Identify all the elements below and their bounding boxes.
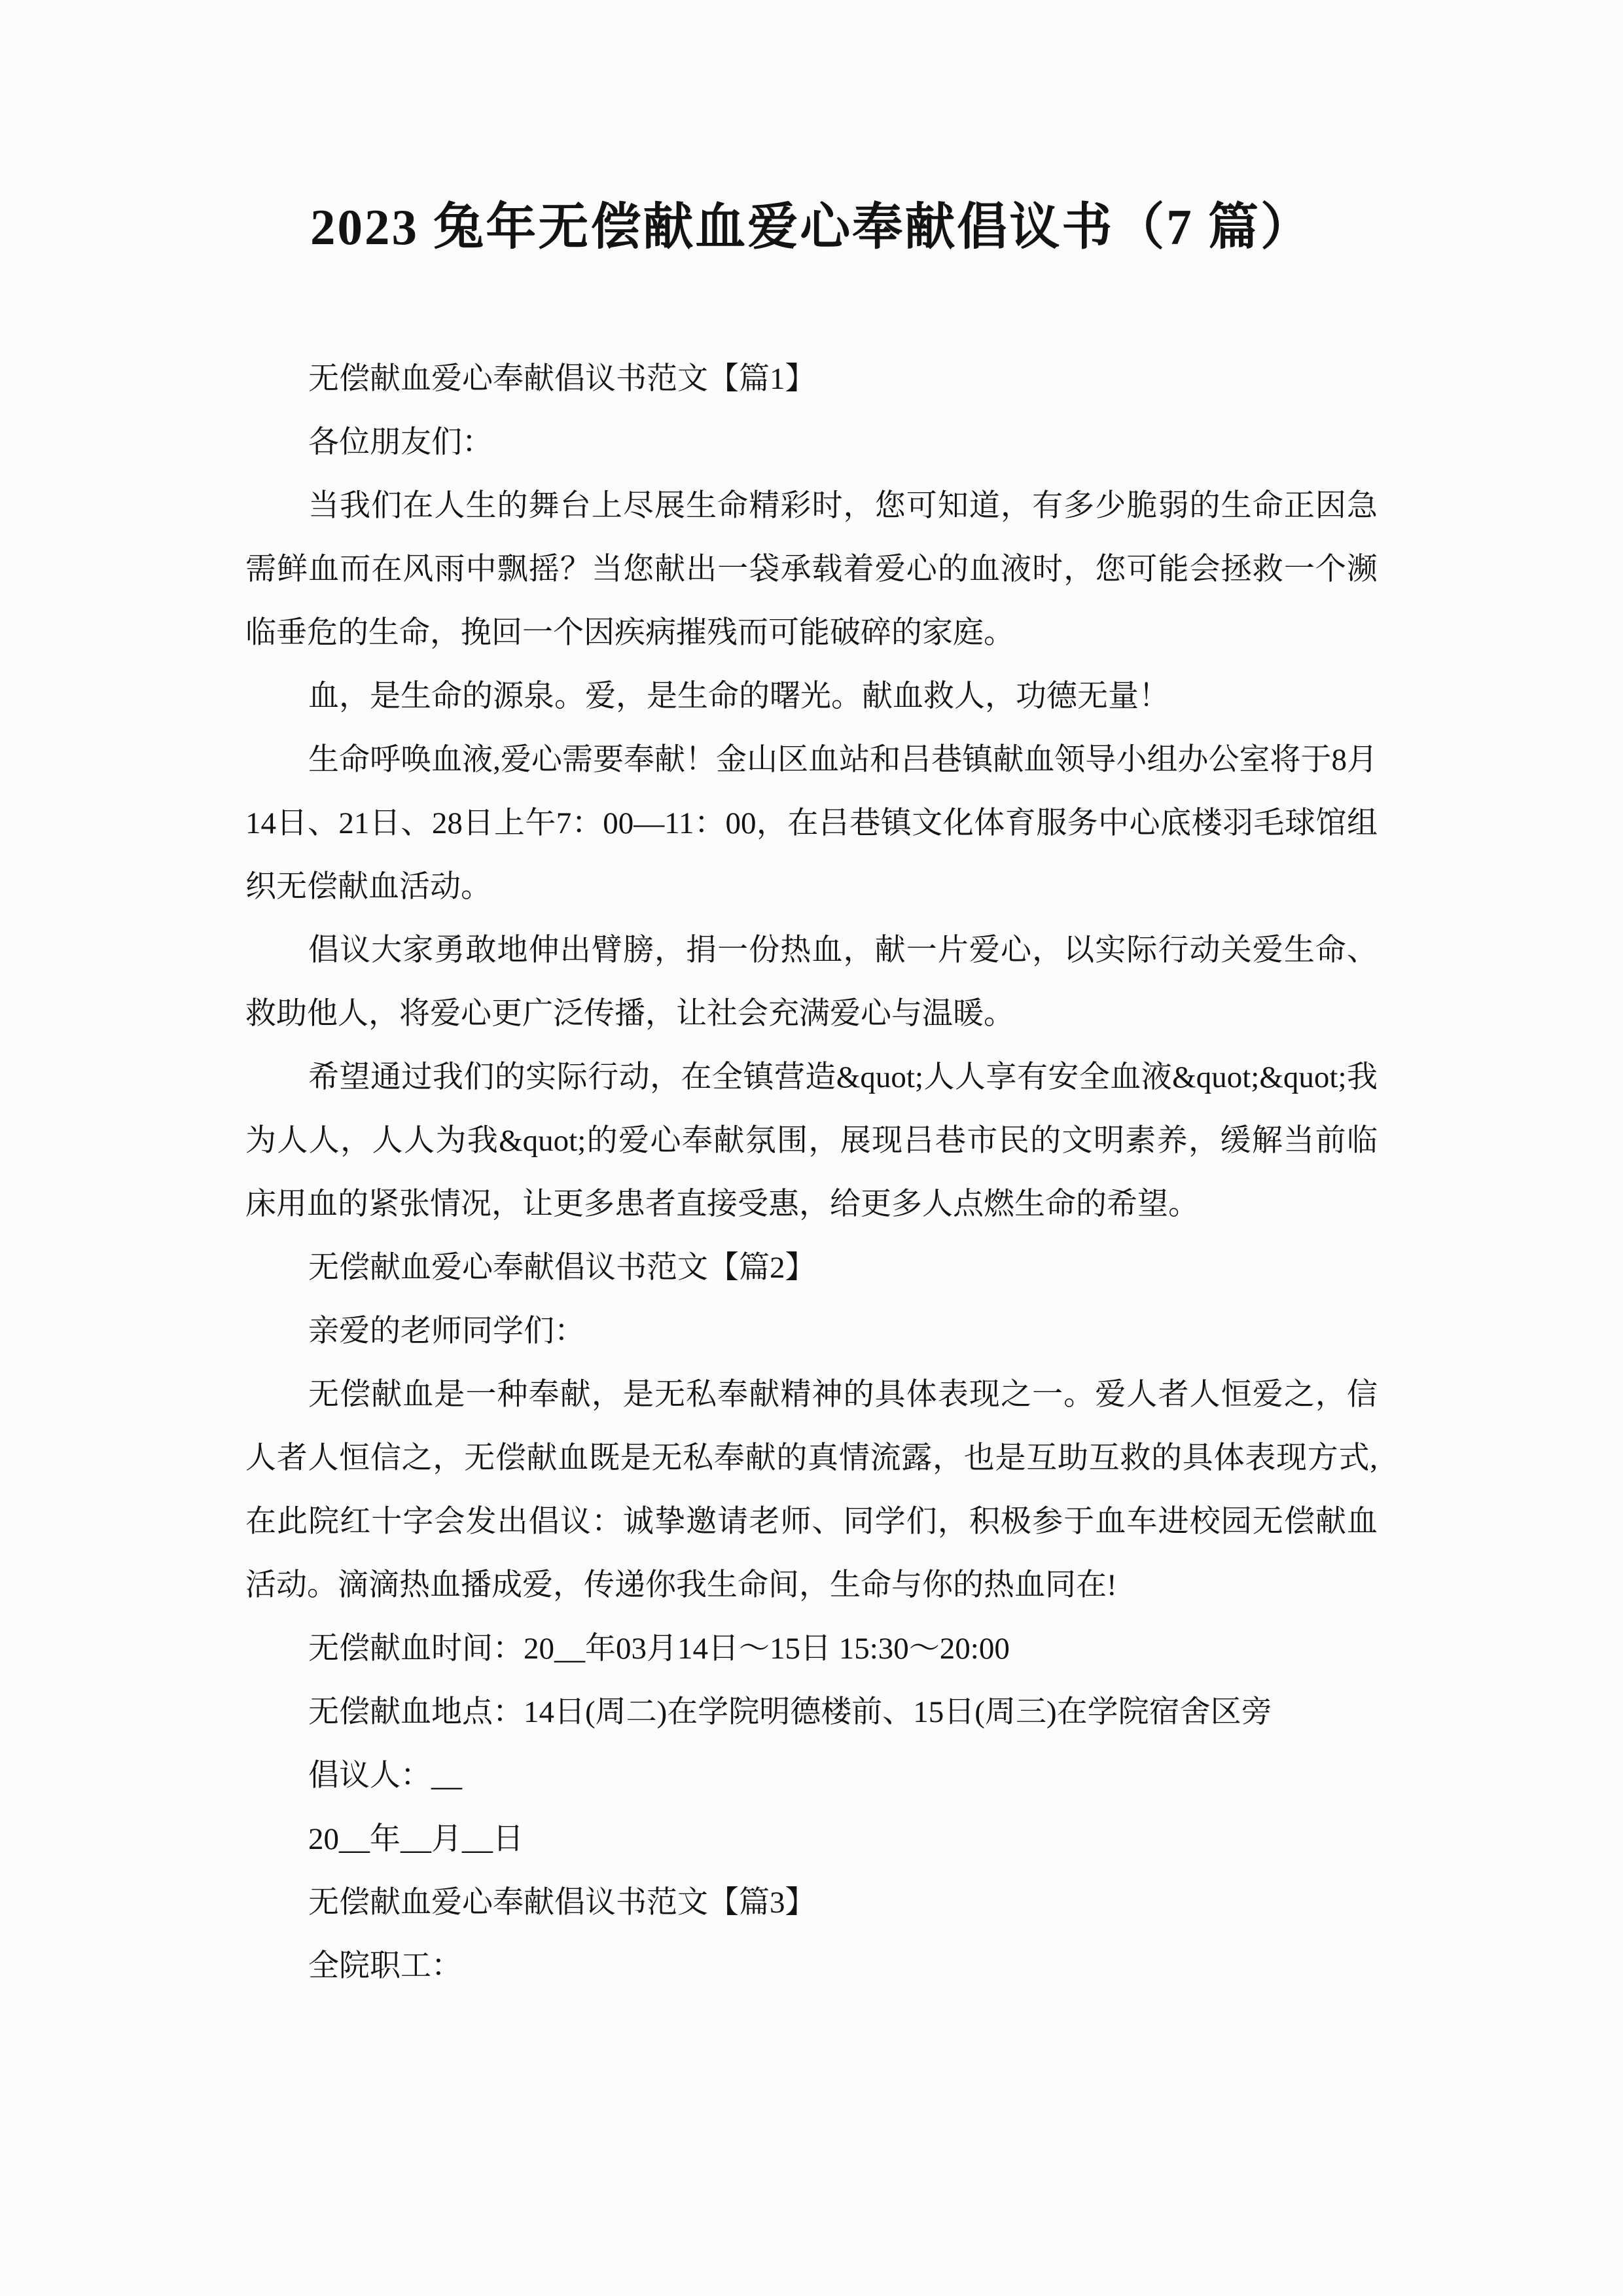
paragraph-body: 当我们在人生的舞台上尽展生命精彩时，您可知道，有多少脆弱的生命正因急需鲜血而在风…	[245, 475, 1378, 665]
document-body: 无偿献血爱心奉献倡议书范文【篇1】各位朋友们：当我们在人生的舞台上尽展生命精彩时…	[245, 348, 1378, 1998]
paragraph-salutation: 亲爱的老师同学们：	[245, 1300, 1378, 1363]
paragraph-body: 血，是生命的源泉。爱，是生命的曙光。献血救人，功德无量！	[245, 665, 1378, 728]
paragraph-salutation: 全院职工：	[245, 1935, 1378, 1998]
document-title: 2023 兔年无偿献血爱心奉献倡议书（7 篇）	[245, 191, 1378, 263]
paragraph-body: 生命呼唤血液,爱心需要奉献！金山区血站和吕巷镇献血领导小组办公室将于8月14日、…	[245, 728, 1378, 919]
paragraph-section-heading: 无偿献血爱心奉献倡议书范文【篇3】	[245, 1871, 1378, 1935]
paragraph-signature: 倡议人：__	[245, 1744, 1378, 1808]
paragraph-body: 无偿献血地点：14日(周二)在学院明德楼前、15日(周三)在学院宿舍区旁	[245, 1681, 1378, 1744]
document-page: 2023 兔年无偿献血爱心奉献倡议书（7 篇） 无偿献血爱心奉献倡议书范文【篇1…	[0, 0, 1623, 2296]
paragraph-section-heading: 无偿献血爱心奉献倡议书范文【篇1】	[245, 348, 1378, 411]
paragraph-section-heading: 无偿献血爱心奉献倡议书范文【篇2】	[245, 1236, 1378, 1300]
paragraph-body: 希望通过我们的实际行动，在全镇营造&quot;人人享有安全血液&quot;&qu…	[245, 1046, 1378, 1236]
paragraph-body: 无偿献血时间：20__年03月14日～15日 15:30～20:00	[245, 1617, 1378, 1681]
paragraph-body: 无偿献血是一种奉献，是无私奉献精神的具体表现之一。爱人者人恒爱之，信人者人恒信之…	[245, 1363, 1378, 1617]
paragraph-body: 倡议大家勇敢地伸出臂膀，捐一份热血，献一片爱心，以实际行动关爱生命、救助他人，将…	[245, 919, 1378, 1046]
paragraph-date-line: 20__年__月__日	[245, 1808, 1378, 1871]
paragraph-salutation: 各位朋友们：	[245, 411, 1378, 475]
